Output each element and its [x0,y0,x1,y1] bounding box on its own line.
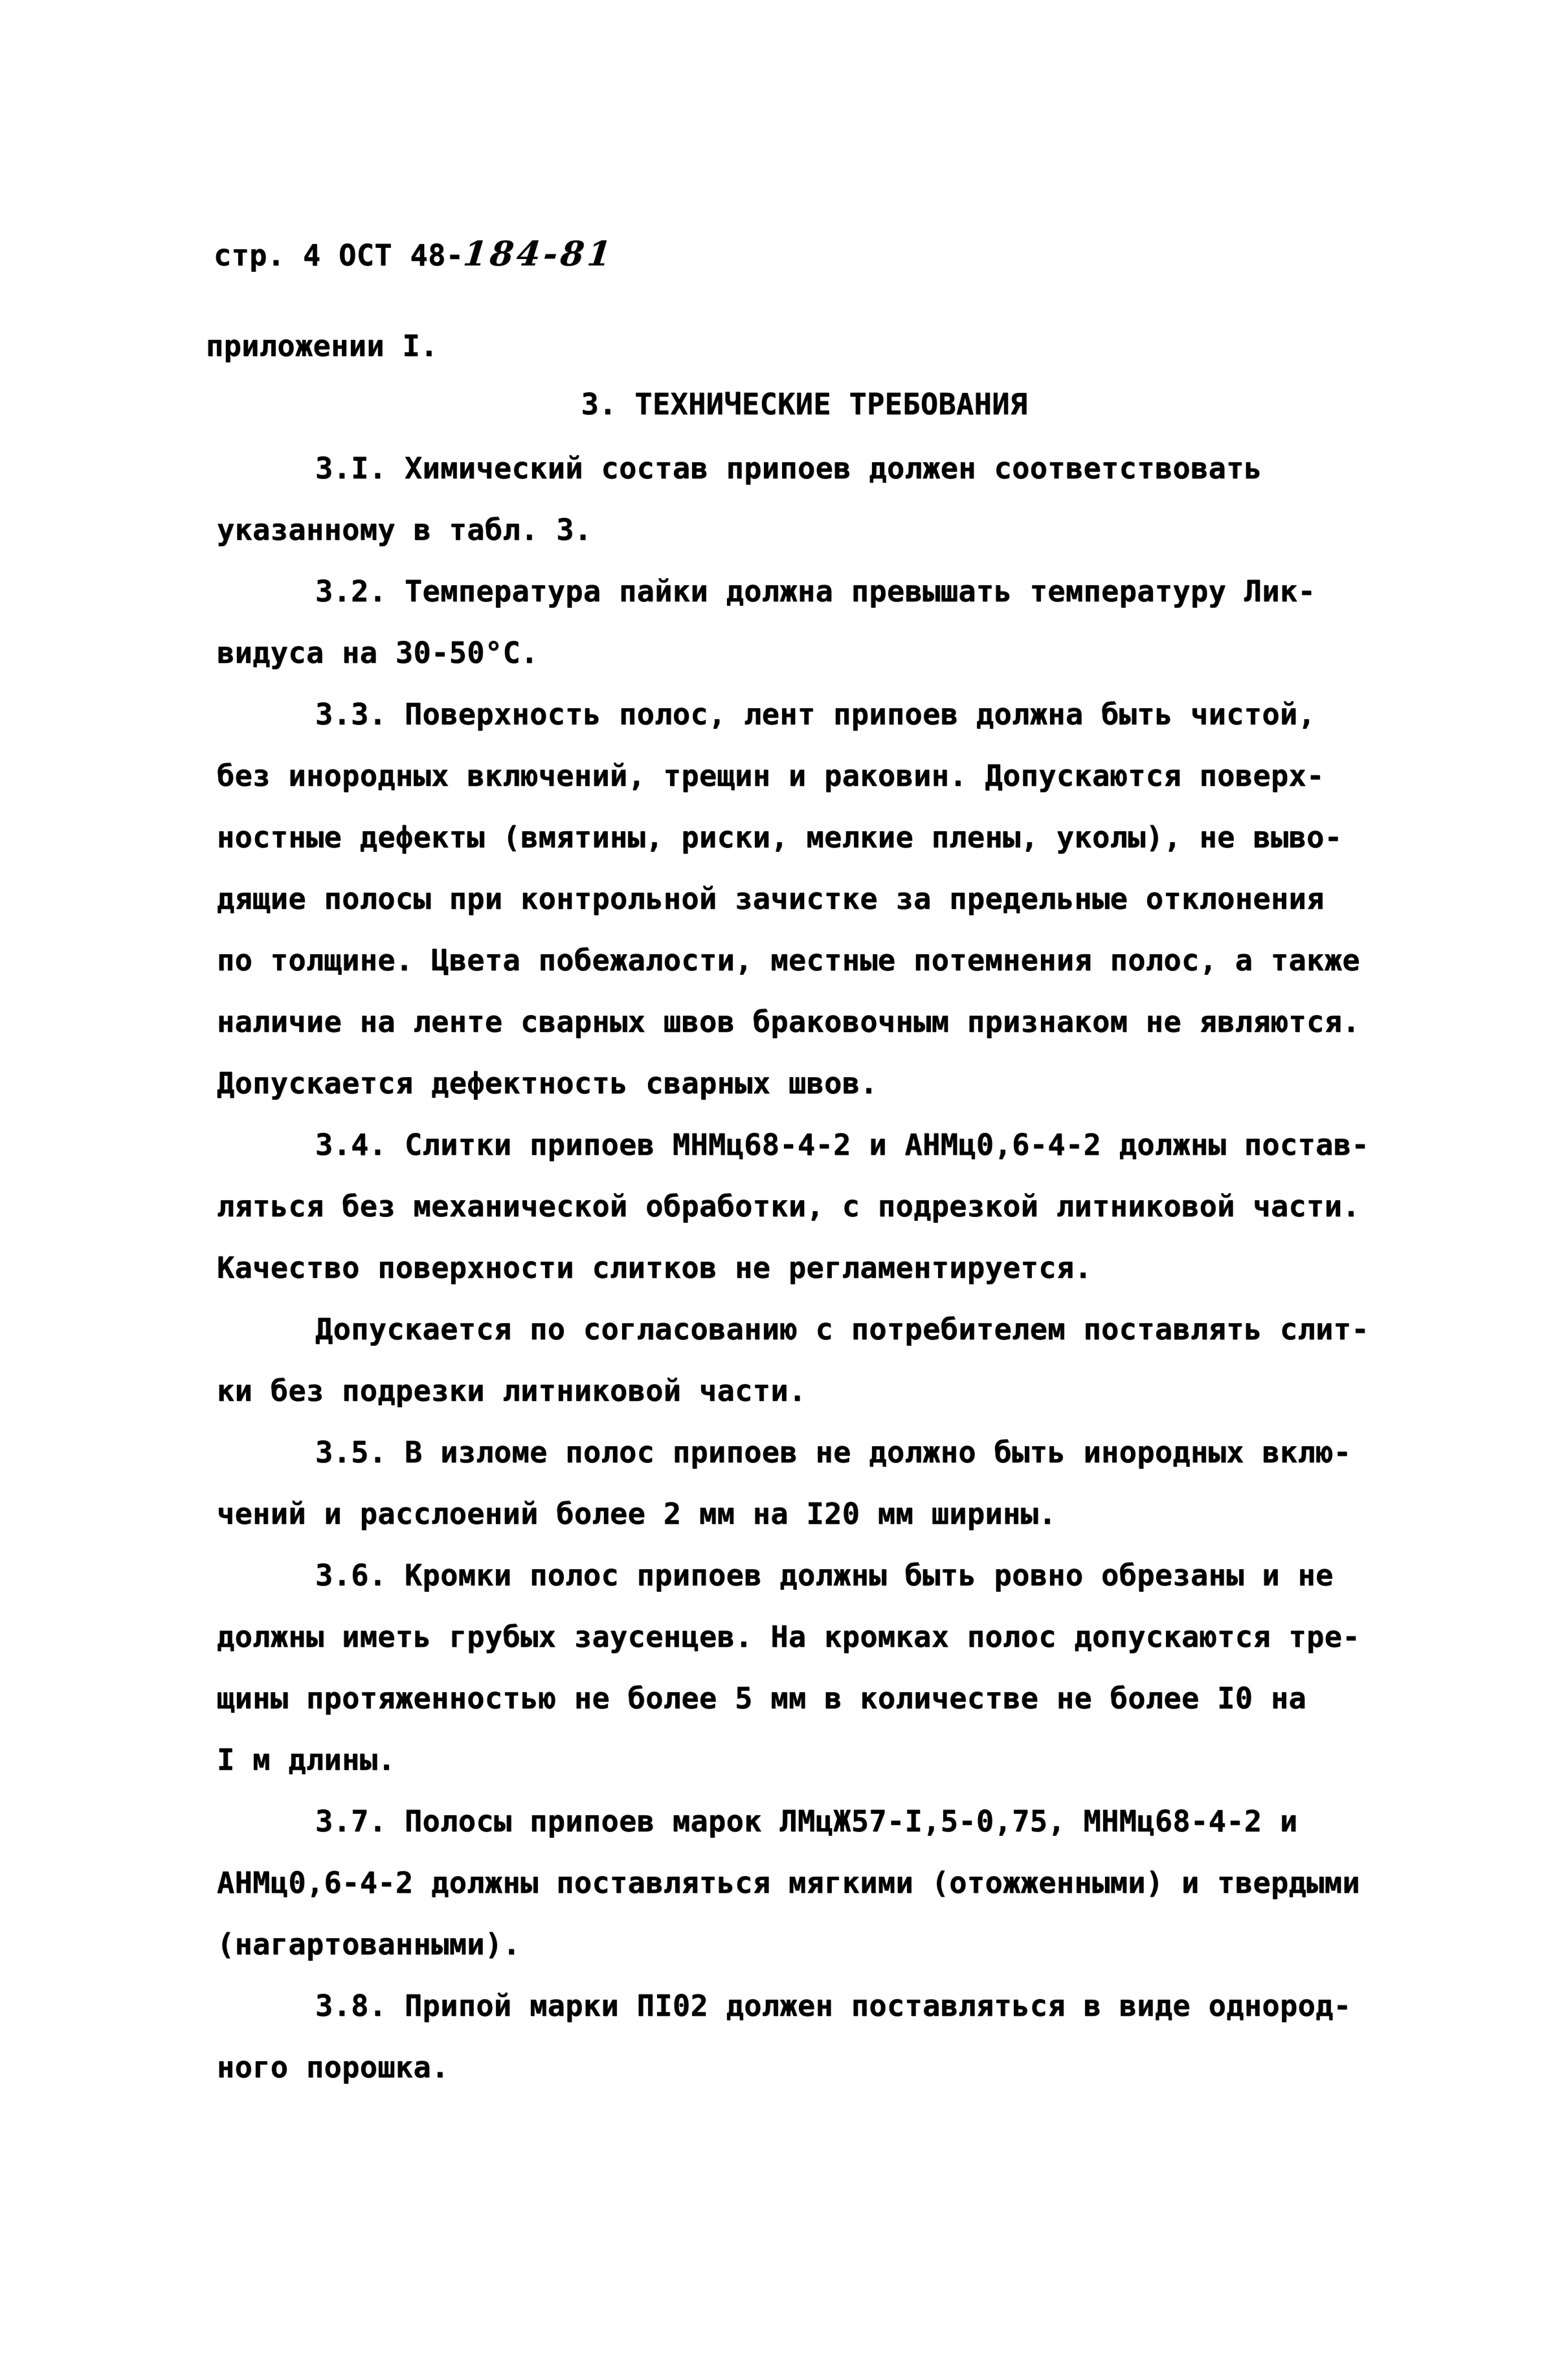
appendix-reference: приложении I. [206,329,438,363]
para-3-3-line-2: без инородных включений, трещин и ракови… [217,759,1325,793]
para-3-4-line-1: 3.4. Слитки припоев МНМц68-4-2 и АНМц0,6… [315,1128,1369,1162]
page-reference-handwritten: 184-81 [462,234,616,274]
para-3-4-line-5: ки без подрезки литниковой части. [217,1374,807,1408]
para-3-2-line-1: 3.2. Температура пайки должна превышать … [315,574,1316,609]
para-3-3-line-3: ностные дефекты (вмятины, риски, мелкие … [217,820,1342,855]
para-3-6-line-4: I м длины. [217,1743,396,1777]
para-3-7-line-1: 3.7. Полосы припоев марок ЛМцЖ57-I,5-0,7… [315,1804,1298,1839]
para-3-1-line-1: 3.I. Химический состав припоев должен со… [315,451,1262,486]
page-reference-typed: стр. 4 ОСТ 48- [214,238,464,273]
section-heading: 3. ТЕХНИЧЕСКИЕ ТРЕБОВАНИЯ [217,387,1392,421]
para-3-3-line-7: Допускается дефектность сварных швов. [217,1066,878,1101]
para-3-6-line-1: 3.6. Кромки полос припоев должны быть ро… [315,1558,1334,1593]
para-3-4-line-4: Допускается по согласованию с потребител… [315,1312,1369,1347]
para-3-6-line-2: должны иметь грубых заусенцев. На кромка… [217,1620,1360,1654]
para-3-3-line-6: наличие на ленте сварных швов браковочны… [217,1005,1360,1039]
para-3-5-line-2: чений и расслоений более 2 мм на I20 мм … [217,1497,1057,1531]
para-3-3-line-1: 3.3. Поверхность полос, лент припоев дол… [315,697,1316,732]
para-3-5-line-1: 3.5. В изломе полос припоев не должно бы… [315,1435,1351,1470]
para-3-4-line-3: Качество поверхности слитков не регламен… [217,1251,1092,1285]
para-3-3-line-4: дящие полосы при контрольной зачистке за… [217,882,1325,916]
para-3-3-line-5: по толщине. Цвета побежалости, местные п… [217,943,1360,978]
para-3-8-line-1: 3.8. Припой марки ПI02 должен поставлять… [315,1989,1351,2023]
document-page: стр. 4 ОСТ 48-184-81 приложении I. 3. ТЕ… [0,0,1568,2370]
document-body: 3.I. Химический состав припоев должен со… [217,451,1392,2134]
para-3-8-line-2: ного порошка. [217,2050,449,2085]
para-3-1-line-2: указанному в табл. 3. [217,513,592,547]
para-3-7-line-2: АНМц0,6-4-2 должны поставляться мягкими … [217,1866,1360,1900]
para-3-4-line-2: ляться без механической обработки, с под… [217,1189,1360,1224]
page-reference: стр. 4 ОСТ 48-184-81 [214,234,614,274]
para-3-6-line-3: щины протяженностью не более 5 мм в коли… [217,1681,1306,1716]
para-3-7-line-3: (нагартованными). [217,1927,521,1962]
para-3-2-line-2: видуса на 30-50°С. [217,636,539,670]
